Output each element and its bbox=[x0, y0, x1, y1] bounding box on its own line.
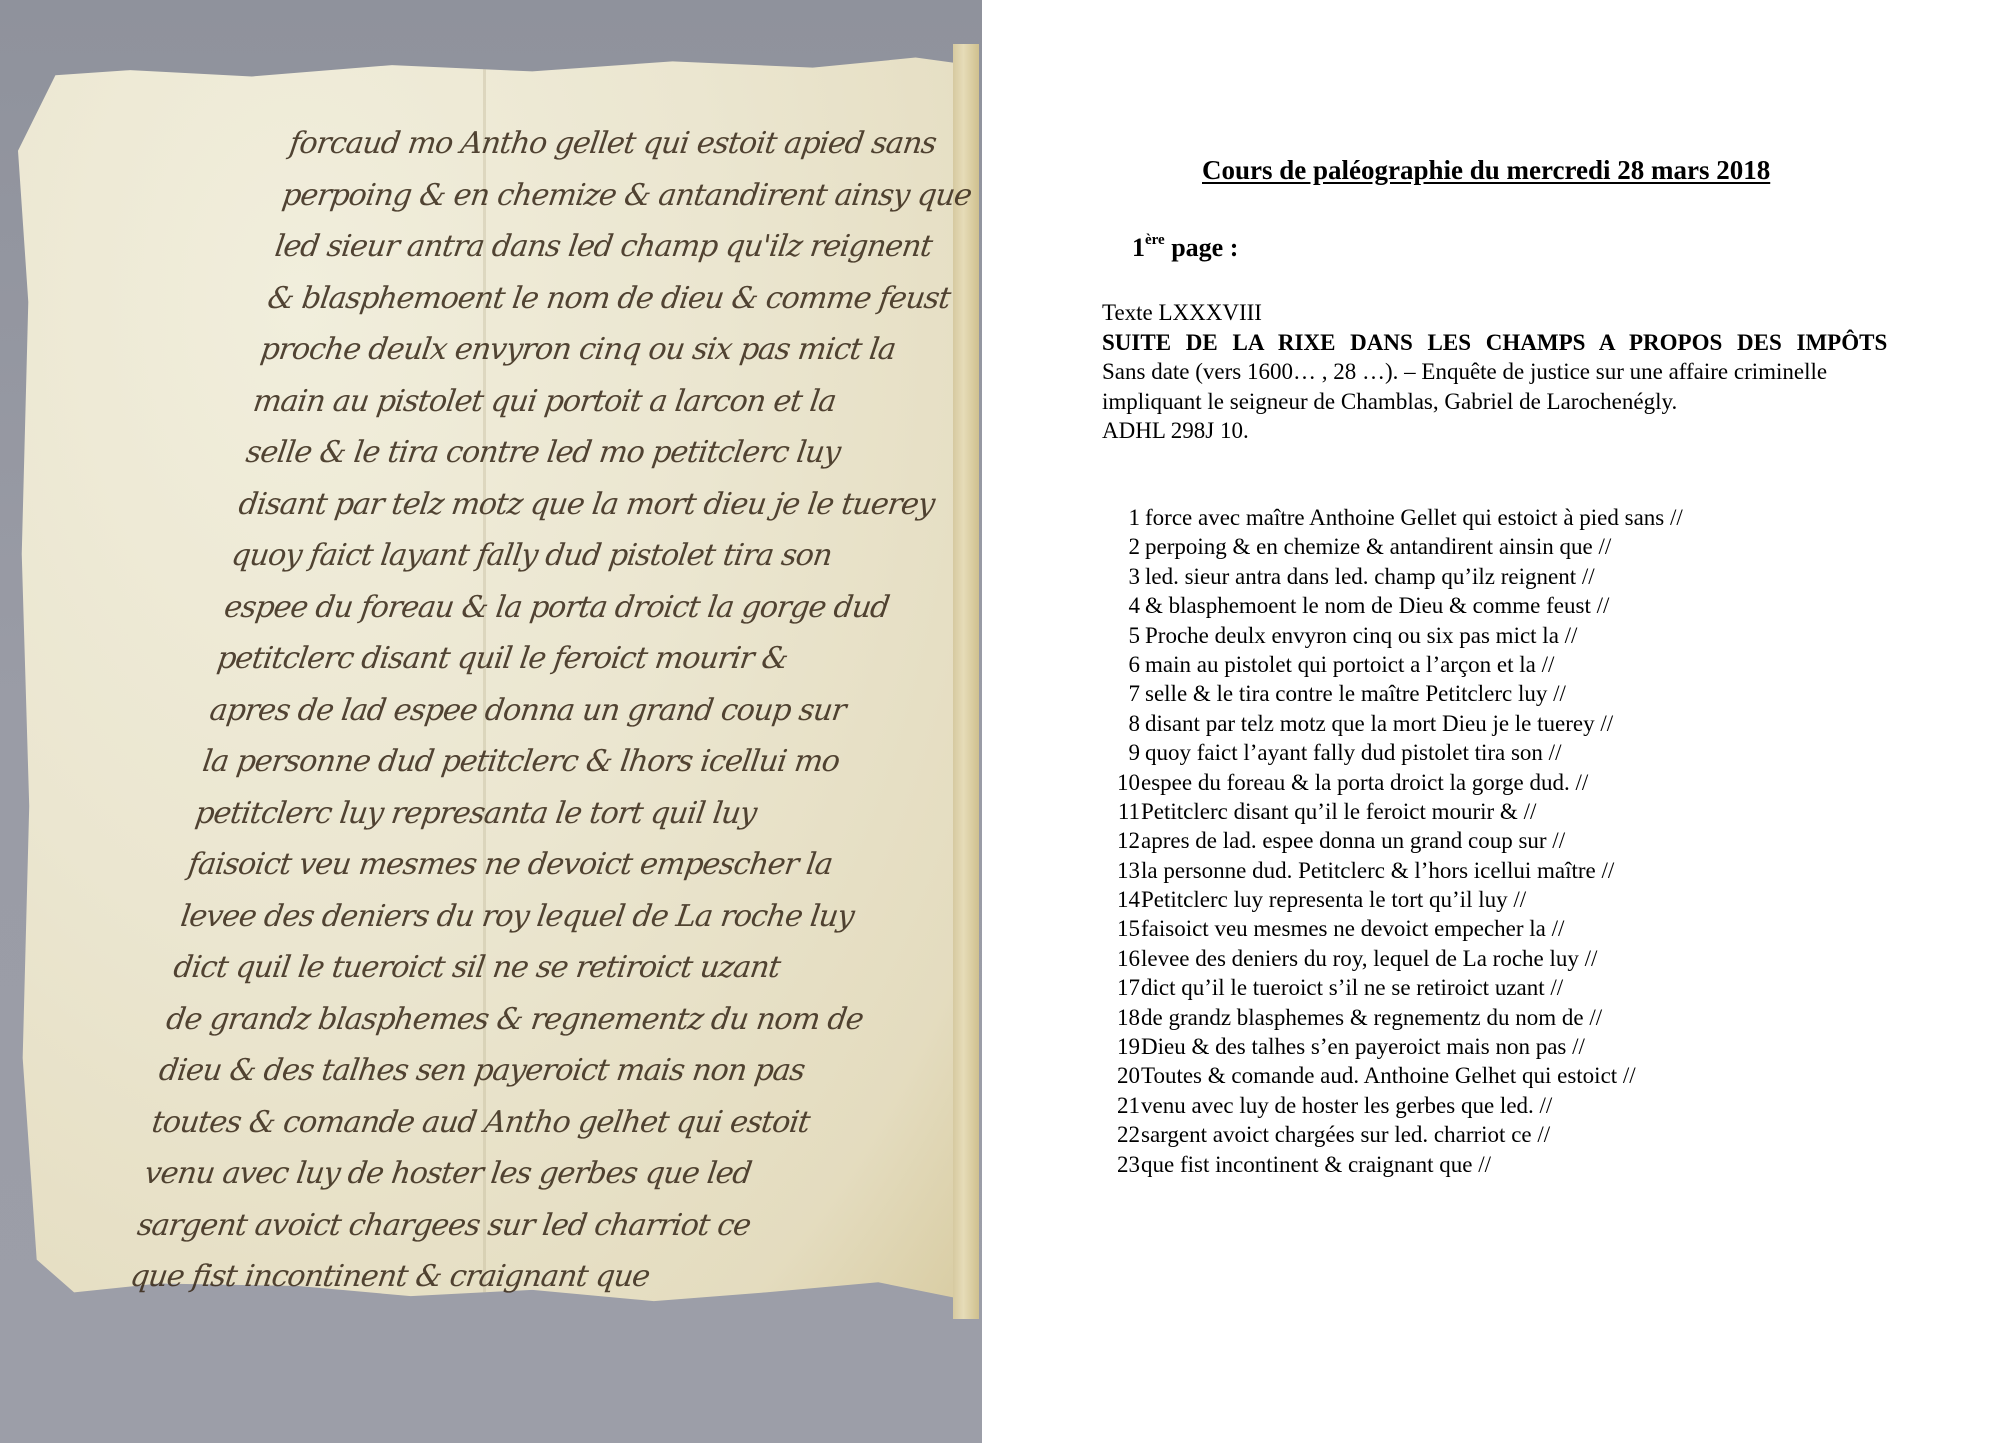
line-number: 9 bbox=[1102, 738, 1145, 767]
course-title: Cours de paléographie du mercredi 28 mar… bbox=[1202, 155, 1770, 186]
line-number: 1 bbox=[1102, 503, 1145, 532]
line-number: 17 bbox=[1102, 973, 1141, 1002]
line-text: levee des deniers du roy, lequel de La r… bbox=[1141, 944, 1597, 973]
line-text: led. sieur antra dans led. champ qu’ilz … bbox=[1145, 562, 1595, 591]
text-metadata: Texte LXXXVIII SUITE DE LA RIXE DANS LES… bbox=[1102, 298, 1912, 446]
line-number: 2 bbox=[1102, 532, 1145, 561]
line-text: force avec maître Anthoine Gellet qui es… bbox=[1145, 503, 1683, 532]
transcription-line: 21venu avec luy de hoster les gerbes que… bbox=[1102, 1091, 1683, 1120]
script-line: dieu & des talhes sen payeroict mais non… bbox=[156, 1045, 923, 1097]
script-line: sargent avoict chargees sur led charriot… bbox=[134, 1200, 901, 1252]
script-line: selle & le tira contre led mo petitclerc… bbox=[243, 427, 982, 479]
line-text: sargent avoict chargées sur led. charrio… bbox=[1141, 1120, 1550, 1149]
script-line: faisoict veu mesmes ne devoict empescher… bbox=[185, 839, 952, 891]
line-text: Proche deulx envyron cinq ou six pas mic… bbox=[1145, 621, 1577, 650]
transcription-line: 20Toutes & comande aud. Anthoine Gelhet … bbox=[1102, 1061, 1683, 1090]
line-number: 23 bbox=[1102, 1150, 1141, 1179]
transcription-line: 15faisoict veu mesmes ne devoict empeche… bbox=[1102, 914, 1683, 943]
transcription-line: 22sargent avoict chargées sur led. charr… bbox=[1102, 1120, 1683, 1149]
script-line: main au pistolet qui portoit a larcon et… bbox=[250, 376, 982, 428]
page-number: 1 bbox=[1132, 233, 1145, 262]
script-line: disant par telz motz que la mort dieu je… bbox=[235, 479, 982, 531]
transcription-line: 10espee du foreau & la porta droict la g… bbox=[1102, 768, 1683, 797]
line-text: disant par telz motz que la mort Dieu je… bbox=[1145, 709, 1613, 738]
script-line: de grandz blasphemes & regnementz du nom… bbox=[163, 994, 930, 1046]
transcription-line: 6main au pistolet qui portoict a l’arçon… bbox=[1102, 650, 1683, 679]
line-text: faisoict veu mesmes ne devoict empecher … bbox=[1141, 914, 1564, 943]
transcription-line: 23que fist incontinent & craignant que /… bbox=[1102, 1150, 1683, 1179]
text-description: Sans date (vers 1600… , 28 …). – Enquête… bbox=[1102, 357, 1912, 416]
transcription-page: Cours de paléographie du mercredi 28 mar… bbox=[982, 0, 2000, 1443]
transcription-line: 7selle & le tira contre le maître Petitc… bbox=[1102, 679, 1683, 708]
transcription-line: 4& blasphemoent le nom de Dieu & comme f… bbox=[1102, 591, 1683, 620]
script-line: forcaud mo Antho gellet qui estoit apied… bbox=[286, 118, 982, 170]
transcription-line: 14Petitclerc luy representa le tort qu’i… bbox=[1102, 885, 1683, 914]
line-number: 8 bbox=[1102, 709, 1145, 738]
script-line: quoy faict layant fally dud pistolet tir… bbox=[228, 530, 982, 582]
transcription-line: 11Petitclerc disant qu’il le feroict mou… bbox=[1102, 797, 1683, 826]
archive-reference: ADHL 298J 10. bbox=[1102, 416, 1912, 446]
line-text: Petitclerc disant qu’il le feroict mouri… bbox=[1141, 797, 1536, 826]
page-label-text: page : bbox=[1165, 233, 1239, 262]
line-number: 3 bbox=[1102, 562, 1145, 591]
text-id: Texte LXXXVIII bbox=[1102, 298, 1912, 328]
line-text: que fist incontinent & craignant que // bbox=[1141, 1150, 1491, 1179]
page-ordinal-suffix: ère bbox=[1145, 232, 1165, 248]
transcription-line: 9quoy faict l’ayant fally dud pistolet t… bbox=[1102, 738, 1683, 767]
transcription-lines: 1force avec maître Anthoine Gellet qui e… bbox=[1102, 503, 1683, 1179]
line-number: 7 bbox=[1102, 679, 1145, 708]
script-line: petitclerc luy represanta le tort quil l… bbox=[192, 788, 959, 840]
script-line: & blasphemoent le nom de dieu & comme fe… bbox=[264, 273, 982, 325]
script-line: dict quil le tueroict sil ne se retiroic… bbox=[170, 942, 937, 994]
line-text: quoy faict l’ayant fally dud pistolet ti… bbox=[1145, 738, 1561, 767]
line-text: dict qu’il le tueroict s’il ne se retiro… bbox=[1141, 973, 1563, 1002]
line-text: selle & le tira contre le maître Petitcl… bbox=[1145, 679, 1566, 708]
script-line: la personne dud petitclerc & lhors icell… bbox=[199, 736, 966, 788]
script-line: perpoing & en chemize & antandirent ains… bbox=[279, 170, 982, 222]
script-line: espee du foreau & la porta droict la gor… bbox=[221, 582, 982, 634]
line-number: 10 bbox=[1102, 768, 1141, 797]
script-line: petitclerc disant quil le feroict mourir… bbox=[214, 633, 981, 685]
line-text: venu avec luy de hoster les gerbes que l… bbox=[1141, 1091, 1552, 1120]
line-text: & blasphemoent le nom de Dieu & comme fe… bbox=[1145, 591, 1609, 620]
line-number: 21 bbox=[1102, 1091, 1141, 1120]
line-text: apres de lad. espee donna un grand coup … bbox=[1141, 826, 1565, 855]
line-number: 6 bbox=[1102, 650, 1145, 679]
line-number: 18 bbox=[1102, 1003, 1141, 1032]
line-number: 15 bbox=[1102, 914, 1141, 943]
script-line: que fist incontinent & craignant que bbox=[127, 1251, 894, 1303]
line-number: 16 bbox=[1102, 944, 1141, 973]
transcription-line: 1force avec maître Anthoine Gellet qui e… bbox=[1102, 503, 1683, 532]
transcription-line: 19Dieu & des talhes s’en payeroict mais … bbox=[1102, 1032, 1683, 1061]
line-text: la personne dud. Petitclerc & l’hors ice… bbox=[1141, 856, 1614, 885]
transcription-line: 17dict qu’il le tueroict s’il ne se reti… bbox=[1102, 973, 1683, 1002]
transcription-line: 2perpoing & en chemize & antandirent ain… bbox=[1102, 532, 1683, 561]
transcription-line: 12apres de lad. espee donna un grand cou… bbox=[1102, 826, 1683, 855]
line-text: main au pistolet qui portoict a l’arçon … bbox=[1145, 650, 1554, 679]
line-number: 22 bbox=[1102, 1120, 1141, 1149]
transcription-line: 5Proche deulx envyron cinq ou six pas mi… bbox=[1102, 621, 1683, 650]
script-line: venu avec luy de hoster les gerbes que l… bbox=[141, 1148, 908, 1200]
script-line: levee des deniers du roy lequel de La ro… bbox=[177, 891, 944, 943]
line-text: Petitclerc luy representa le tort qu’il … bbox=[1141, 885, 1526, 914]
page-label: 1ère page : bbox=[1132, 232, 1238, 263]
line-number: 13 bbox=[1102, 856, 1141, 885]
script-line: apres de lad espee donna un grand coup s… bbox=[206, 685, 973, 737]
transcription-line: 8disant par telz motz que la mort Dieu j… bbox=[1102, 709, 1683, 738]
line-number: 11 bbox=[1102, 797, 1141, 826]
line-text: espee du foreau & la porta droict la gor… bbox=[1141, 768, 1588, 797]
line-number: 19 bbox=[1102, 1032, 1141, 1061]
line-text: de grandz blasphemes & regnementz du nom… bbox=[1141, 1003, 1602, 1032]
line-text: Dieu & des talhes s’en payeroict mais no… bbox=[1141, 1032, 1585, 1061]
line-number: 5 bbox=[1102, 621, 1145, 650]
manuscript-photo: forcaud mo Antho gellet qui estoit apied… bbox=[0, 0, 982, 1443]
line-number: 14 bbox=[1102, 885, 1141, 914]
transcription-line: 16levee des deniers du roy, lequel de La… bbox=[1102, 944, 1683, 973]
line-number: 4 bbox=[1102, 591, 1145, 620]
transcription-line: 13la personne dud. Petitclerc & l’hors i… bbox=[1102, 856, 1683, 885]
line-text: perpoing & en chemize & antandirent ains… bbox=[1145, 532, 1611, 561]
line-number: 20 bbox=[1102, 1061, 1141, 1090]
line-number: 12 bbox=[1102, 826, 1141, 855]
script-line: led sieur antra dans led champ qu'ilz re… bbox=[272, 221, 982, 273]
script-line: proche deulx envyron cinq ou six pas mic… bbox=[257, 324, 982, 376]
transcription-line: 3led. sieur antra dans led. champ qu’ilz… bbox=[1102, 562, 1683, 591]
text-title: SUITE DE LA RIXE DANS LES CHAMPS A PROPO… bbox=[1102, 328, 1912, 358]
line-text: Toutes & comande aud. Anthoine Gelhet qu… bbox=[1141, 1061, 1636, 1090]
transcription-line: 18de grandz blasphemes & regnementz du n… bbox=[1102, 1003, 1683, 1032]
script-line: toutes & comande aud Antho gelhet qui es… bbox=[148, 1097, 915, 1149]
